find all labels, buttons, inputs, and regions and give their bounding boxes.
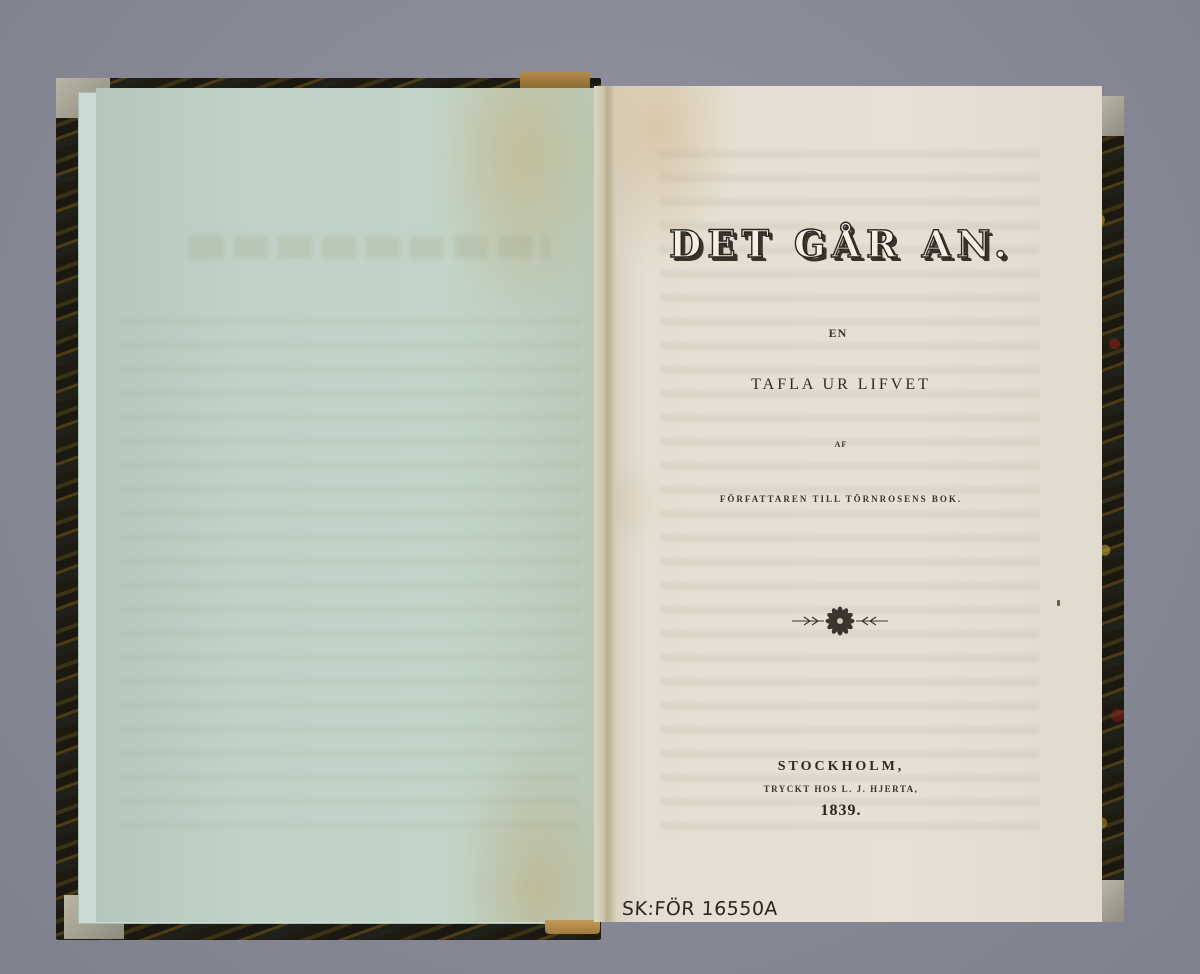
- paper-speck: [1057, 600, 1060, 606]
- bleed-through-text: [120, 320, 580, 840]
- book-title: DET GÅR AN.: [608, 222, 1074, 266]
- book-subtitle: TAFLA UR LIFVET: [608, 376, 1074, 394]
- imprint-year: 1839.: [608, 802, 1074, 820]
- imprint-printer: TRYCKT HOS L. J. HJERTA,: [608, 784, 1074, 794]
- title-connector-af: AF: [608, 440, 1074, 449]
- spine-headcap: [520, 72, 590, 88]
- vellum-corner-bottom-right: [1102, 880, 1124, 922]
- bleed-through-title: [190, 236, 550, 258]
- floral-rosette-ornament-icon: [790, 604, 890, 638]
- vellum-corner-top-right: [1102, 96, 1124, 136]
- title-connector-en: EN: [608, 326, 1068, 341]
- handwritten-shelfmark: SK:FÖR 16550A: [621, 898, 778, 920]
- spine-tailcap: [545, 920, 600, 934]
- book-author: FÖRFATTAREN TILL TÖRNROSENS BOK.: [608, 494, 1074, 504]
- imprint-city: STOCKHOLM,: [608, 759, 1074, 775]
- book-gutter: [594, 86, 616, 922]
